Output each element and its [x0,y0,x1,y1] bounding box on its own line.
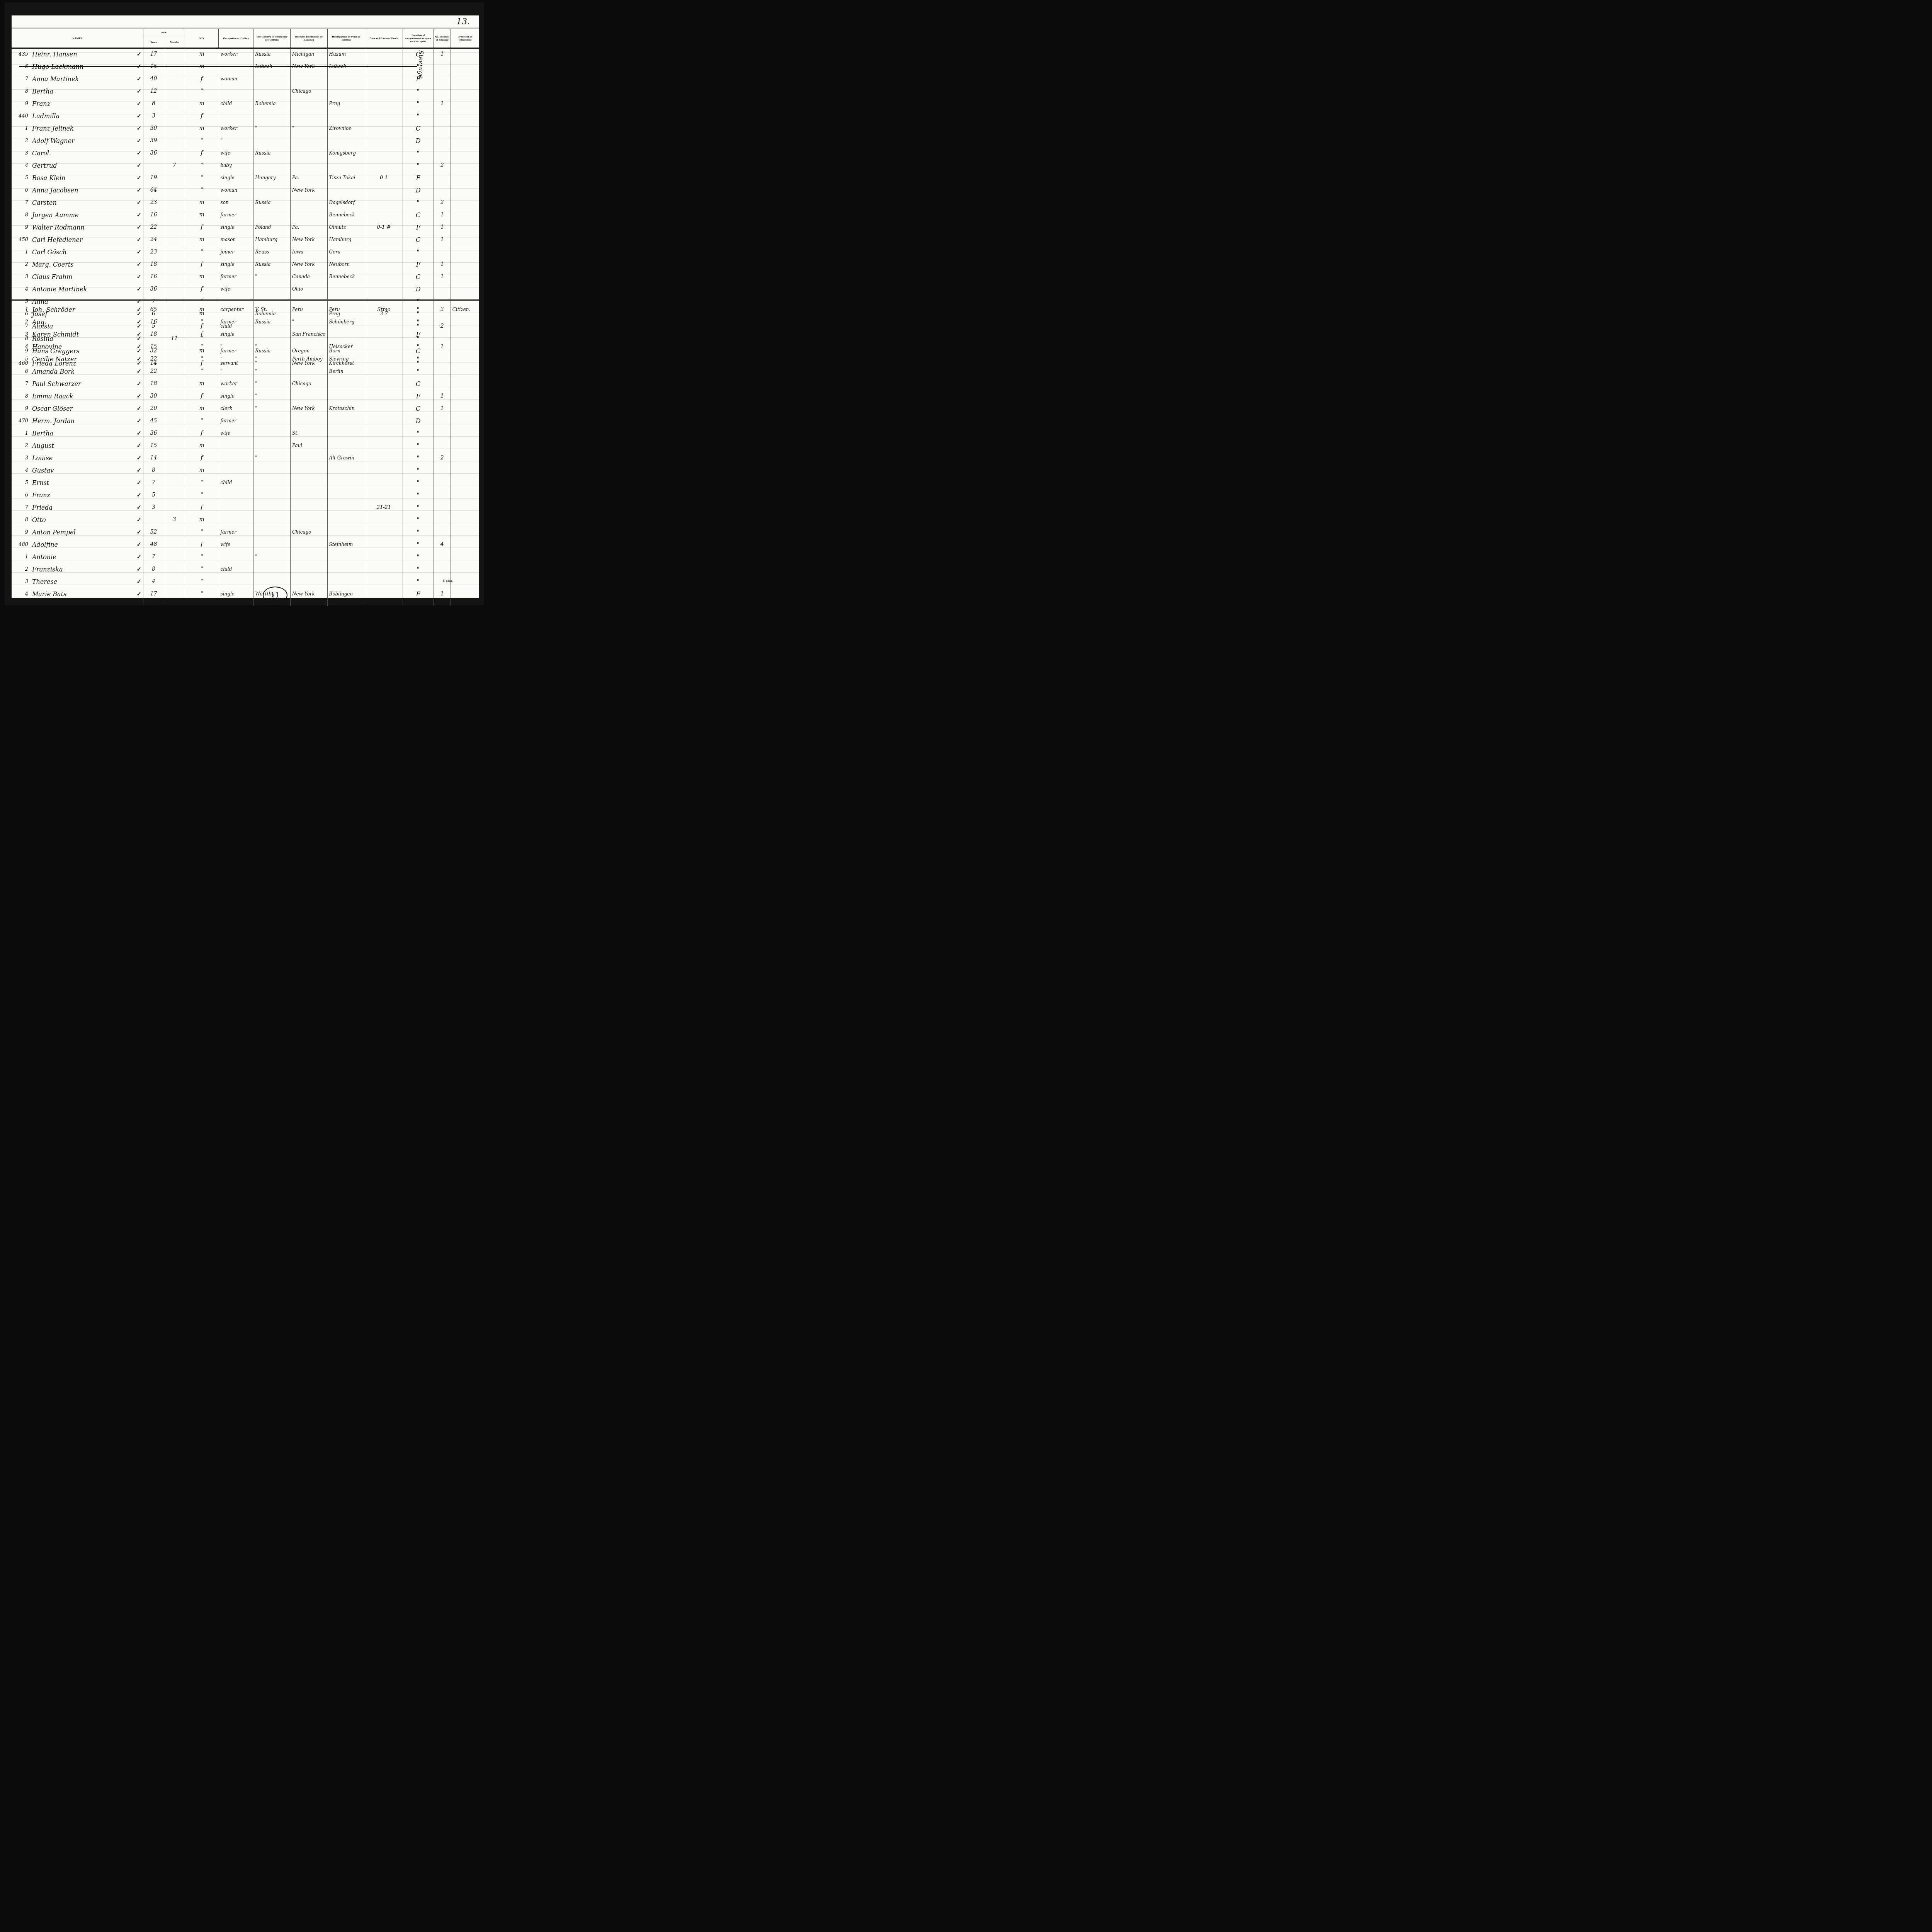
checkmark-icon: ✓ [137,393,142,400]
cell-country: Poland [253,221,291,233]
cell-name: Adolf Wagner✓ [31,134,143,147]
table-row: 2Marg. Coerts✓18fsingleRussiaNew YorkNeu… [12,258,479,270]
cell-name: Amanda Bork✓ [31,365,143,378]
cell-name: Franziska✓ [31,563,143,575]
cell-country: Hungary [253,172,291,184]
header-hailing-place: Hailing place or Place of starting [328,29,366,48]
cell-loc: " [403,501,434,514]
cell-months [164,316,185,328]
cell-country: " [253,270,291,283]
cell-country [253,464,291,476]
cell-trans [451,452,479,464]
cell-name: Aug.✓ [31,316,143,328]
cell-bag: 1 [434,48,451,60]
cell-loc: D [403,600,434,606]
page-number: 13. [456,17,470,27]
cell-loc: " [403,340,434,353]
cell-bag [434,184,451,196]
cell-country [253,427,291,439]
cell-hail: Alt Grawin [328,452,366,464]
cell-sex: f [185,258,219,270]
header-age: AGE Years Months [143,29,185,48]
passenger-name: Anna Martinek [32,75,79,83]
table-row: 5Ernst✓7"child" [12,476,479,489]
cell-hail [328,439,366,452]
cell-name: Joh. Schröder✓ [31,303,143,316]
cell-death [365,134,403,147]
cell-occ: mason [219,233,254,246]
table-row: 2Franziska✓8"child" [12,563,479,575]
checkmark-icon: ✓ [137,467,142,474]
cell-country: " [253,390,291,402]
cell-name: Oscar Glöser✓ [31,402,143,415]
cell-occ: farmer [219,209,254,221]
cell-sex: " [185,563,219,575]
cell-trans [451,233,479,246]
cell-num: 8 [12,390,31,402]
passenger-name: August [32,442,54,449]
cell-death [365,563,403,575]
header-age-label: AGE [143,29,184,36]
cell-dest [291,97,328,110]
cell-years: 36 [143,147,164,159]
cell-loc: " [403,427,434,439]
cell-bag [434,464,451,476]
table-row: 4Marie Bats✓17"singleWürttbgNew YorkBöbl… [12,588,479,600]
table-row: 480Adolfine✓48fwifeSteinheim"4 [12,538,479,551]
cell-bag [434,501,451,514]
cell-death [365,415,403,427]
cell-months: 3 [164,514,185,526]
cell-bag [434,563,451,575]
cell-name: Walter Rodmann✓ [31,221,143,233]
cell-loc: " [403,85,434,97]
cell-name: Ernst✓ [31,476,143,489]
cell-name: Louise✓ [31,452,143,464]
checkmark-icon: ✓ [137,578,142,585]
cell-country [253,209,291,221]
passenger-name: Oscar Glöser [32,405,73,412]
cell-dest [291,159,328,172]
cell-occ: worker [219,122,254,134]
cell-bag [434,172,451,184]
header-months: Months [164,36,185,48]
cell-num: 5 [12,172,31,184]
cell-sex: f [185,452,219,464]
cell-sex: m [185,514,219,526]
cell-trans [451,575,479,588]
cell-years [143,159,164,172]
cell-occ: worker [219,48,254,60]
cell-loc: " [403,476,434,489]
checkmark-icon: ✓ [137,479,142,486]
cell-trans [451,221,479,233]
cell-hail [328,134,366,147]
cell-trans [451,365,479,378]
cell-name: Carsten✓ [31,196,143,209]
cell-death [365,196,403,209]
cell-occ: farmer [219,415,254,427]
cell-dest: New York [291,258,328,270]
cell-death: Stmo [365,303,403,316]
cell-num: 2 [12,134,31,147]
passenger-name: Fried. Binkle [32,603,73,606]
checkmark-icon: ✓ [137,516,142,523]
cell-death: 21-21 [365,501,403,514]
table-row: 2Aug.✓16"farmerRussia"Schönberg" [12,316,479,328]
table-row: 3Claus Frahm✓16mfarmer"CanadaBennebeckC1 [12,270,479,283]
passenger-name: Cecilie Natzer [32,355,77,363]
cell-years: 19 [143,172,164,184]
cell-num: 440 [12,110,31,122]
cell-country: Russia [253,196,291,209]
cell-years: 64 [143,184,164,196]
table-row: 8Emma Raack✓30fsingle"F1 [12,390,479,402]
cell-trans [451,159,479,172]
cell-dest [291,563,328,575]
cell-bag [434,600,451,606]
table-row: 3Louise✓14f"Alt Grawin"2 [12,452,479,464]
cell-occ: " [219,340,254,353]
cell-years: 20 [143,402,164,415]
cell-dest: Michigan [291,48,328,60]
cell-name: Otto✓ [31,514,143,526]
cell-months [164,209,185,221]
checkmark-icon: ✓ [137,174,142,181]
cell-months [164,270,185,283]
cell-trans [451,600,479,606]
table-row: 6Franz✓5"" [12,489,479,501]
cell-trans [451,172,479,184]
cell-trans [451,134,479,147]
cell-loc: C [403,402,434,415]
cell-death [365,439,403,452]
header-location: Location of compartment or space each oc… [403,29,434,48]
cell-death [365,159,403,172]
cell-loc: " [403,464,434,476]
cell-dest: Iowa [291,246,328,258]
cell-num: 6 [12,365,31,378]
cell-bag [434,365,451,378]
cell-months [164,73,185,85]
cell-months [164,134,185,147]
cell-bag [434,378,451,390]
checkmark-icon: ✓ [137,162,142,169]
cell-name: Franz✓ [31,489,143,501]
cell-num: 2 [12,316,31,328]
passenger-name: Gertrud [32,162,57,169]
cell-hail [328,427,366,439]
cell-name: Herm. Jordan✓ [31,415,143,427]
cell-num: 450 [12,233,31,246]
cell-occ: wife [219,283,254,295]
cell-occ [219,575,254,588]
cell-months [164,415,185,427]
cell-bag [434,316,451,328]
cell-num: 3 [12,270,31,283]
table-row: 6Anna Jacobsen✓64"womanNew YorkD [12,184,479,196]
cell-months [164,575,185,588]
cell-months [164,439,185,452]
cell-years: 39 [143,134,164,147]
passenger-name: Antonie [32,553,56,561]
cell-hail: Böblingen [328,588,366,600]
cell-bag: 2 [434,452,451,464]
form-number: F. 414a. [443,579,453,583]
cell-dest [291,476,328,489]
cell-name: Anna Jacobsen✓ [31,184,143,196]
cell-months [164,390,185,402]
cell-loc: C [403,270,434,283]
passenger-name: Bertha [32,430,53,437]
cell-dest [291,575,328,588]
cell-trans [451,563,479,575]
table-row: 1Bertha✓36fwifeSt." [12,427,479,439]
table-row: 8Otto✓3m" [12,514,479,526]
cell-occ: single [219,258,254,270]
cell-num: 2 [12,258,31,270]
circled-count-mark: 11 [263,587,287,604]
cell-hail: Krotoschin [328,402,366,415]
cell-months [164,221,185,233]
cell-death [365,283,403,295]
cell-country [253,501,291,514]
cell-dest: Ohio [291,283,328,295]
cell-country: " [253,402,291,415]
cell-trans [451,514,479,526]
cell-country: " [253,452,291,464]
checkmark-icon: ✓ [137,137,142,144]
cell-sex: f [185,501,219,514]
cell-name: Gustav✓ [31,464,143,476]
cell-sex: f [185,221,219,233]
cell-country [253,575,291,588]
cell-dest [291,501,328,514]
cell-num: 5 [12,476,31,489]
cell-years: 36 [143,427,164,439]
header-sex: SEX [185,29,219,48]
cell-sex: " [185,184,219,196]
cell-num: 1 [12,427,31,439]
strike-through-line [19,66,417,67]
passenger-name: Carsten [32,199,57,206]
cell-sex: f [185,73,219,85]
cell-occ: worker [219,378,254,390]
cell-months [164,353,185,365]
cell-years: 7 [143,551,164,563]
cell-loc: F [403,258,434,270]
cell-bag [434,246,451,258]
cell-loc: " [403,538,434,551]
cell-hail [328,489,366,501]
table-row: 8Jorgen Aumme✓16mfarmerBennebeckC1 [12,209,479,221]
cell-hail [328,110,366,122]
table-row: 5Fried. Binkle✓30mworkerOhioD [12,600,479,606]
cell-trans [451,147,479,159]
cell-sex: m [185,209,219,221]
cell-country [253,110,291,122]
cell-occ: " [219,353,254,365]
table-row: 470Herm. Jordan✓45"farmerD [12,415,479,427]
cell-bag [434,489,451,501]
cell-dest: St. [291,427,328,439]
cell-num: 5 [12,600,31,606]
cell-loc: D [403,184,434,196]
cell-sex: m [185,600,219,606]
checkmark-icon: ✓ [137,150,142,156]
cell-months [164,303,185,316]
cell-death [365,353,403,365]
cell-num: 1 [12,551,31,563]
cell-death [365,514,403,526]
cell-hail [328,501,366,514]
cell-months [164,172,185,184]
cell-name: Fried. Binkle✓ [31,600,143,606]
cell-occ: " [219,365,254,378]
cell-hail: Königsberg [328,147,366,159]
cell-name: Therese✓ [31,575,143,588]
header-occupation: Occupation or Calling [219,29,253,48]
table-row: 4Antonie Martinek✓36fwifeOhioD [12,283,479,295]
cell-bag: 1 [434,402,451,415]
cell-death [365,588,403,600]
cell-country [253,563,291,575]
table-row: 435Heinr. Hansen✓17mworkerRussiaMichigan… [12,48,479,60]
cell-death [365,48,403,60]
table-row: 8Bertha✓12"Chicago" [12,85,479,97]
passenger-name: Emma Raack [32,393,73,400]
cell-trans [451,390,479,402]
cell-dest [291,110,328,122]
cell-months: 7 [164,159,185,172]
cell-name: Paul Schwarzer✓ [31,378,143,390]
cell-num: 4 [12,464,31,476]
checkmark-icon: ✓ [137,430,142,437]
cell-dest [291,365,328,378]
cell-death [365,526,403,538]
cell-bag: 1 [434,233,451,246]
cell-trans [451,439,479,452]
passenger-name: Adolf Wagner [32,137,75,145]
cell-loc: " [403,514,434,526]
cell-months [164,122,185,134]
cell-sex: f [185,283,219,295]
cell-country: Hamburg [253,233,291,246]
cell-country [253,85,291,97]
cell-hail [328,551,366,563]
cell-bag: 1 [434,97,451,110]
cell-bag [434,73,451,85]
cell-name: Carol.✓ [31,147,143,159]
cell-dest [291,464,328,476]
cell-sex: m [185,378,219,390]
cell-sex: f [185,390,219,402]
cell-num: 1 [12,303,31,316]
cell-trans [451,270,479,283]
cell-death [365,246,403,258]
cell-num: 2 [12,563,31,575]
cell-sex: m [185,402,219,415]
cell-loc: " [403,147,434,159]
cell-country [253,538,291,551]
cell-years: 18 [143,378,164,390]
cell-occ: farmer [219,316,254,328]
cell-bag [434,147,451,159]
cell-dest [291,415,328,427]
cell-num: 4 [12,340,31,353]
cell-country: " [253,122,291,134]
cell-country [253,134,291,147]
cell-sex: m [185,464,219,476]
cell-country [253,439,291,452]
cell-bag [434,110,451,122]
cell-occ [219,439,254,452]
cell-bag [434,476,451,489]
cell-country [253,283,291,295]
passenger-name: Antonie Martinek [32,286,87,293]
table-row: 6Hugo Lackmann✓15mLubeckNew YorkLubeck" [12,60,479,73]
cell-hail: Berlin [328,365,366,378]
cell-months [164,340,185,353]
cell-bag [434,526,451,538]
cell-months [164,147,185,159]
cell-occ: " [219,134,254,147]
cell-sex: m [185,196,219,209]
cell-trans [451,328,479,340]
cell-dest: New York [291,588,328,600]
cell-name: Adolfine✓ [31,538,143,551]
passenger-name: Carl Hefediener [32,236,83,243]
cell-months [164,526,185,538]
cell-dest [291,390,328,402]
cell-death [365,184,403,196]
cell-hail: Zirovnice [328,122,366,134]
cell-sex: " [185,340,219,353]
cell-years: 17 [143,588,164,600]
cell-sex: m [185,97,219,110]
cell-trans: Citizen. [451,303,479,316]
cell-death [365,316,403,328]
cell-years: 22 [143,221,164,233]
cell-trans [451,538,479,551]
cell-loc: " [403,246,434,258]
passenger-name: Amanda Bork [32,368,75,375]
cell-dest: Chicago [291,85,328,97]
cell-name: Carl Hefediener✓ [31,233,143,246]
cell-trans [451,97,479,110]
cell-name: Franz Jelinek✓ [31,122,143,134]
cell-death [365,147,403,159]
cell-country [253,476,291,489]
cell-death [365,209,403,221]
cell-num: 9 [12,526,31,538]
cell-years: 30 [143,600,164,606]
cell-bag: 1 [434,270,451,283]
cell-sex: " [185,172,219,184]
header-baggage: No. of pieces of Baggage [434,29,451,48]
header-death: Date and Cause of Death [365,29,403,48]
cell-loc: F [403,328,434,340]
passenger-name: Franz [32,492,50,499]
cell-occ: woman [219,184,254,196]
cell-occ [219,514,254,526]
cell-death [365,402,403,415]
passenger-name: Hanovine [32,343,62,350]
cell-years: 18 [143,258,164,270]
cell-hail: Steinheim [328,538,366,551]
cell-hail: Neuborn [328,258,366,270]
cell-hail [328,526,366,538]
